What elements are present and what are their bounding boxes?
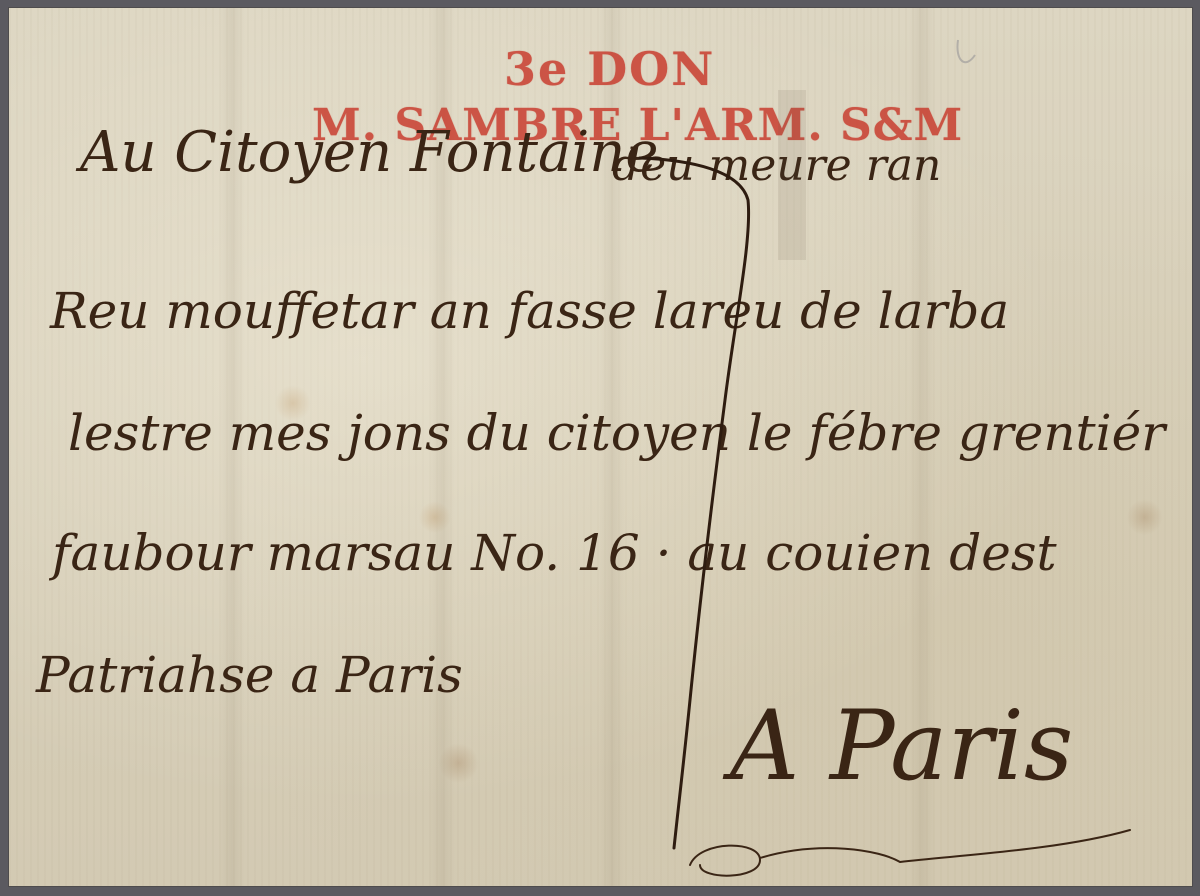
- address-line-care-of: lestre mes jons du citoyen le fébre gren…: [68, 404, 1165, 462]
- address-line-recipient: Au Citoyen Fontaine: [80, 120, 659, 185]
- address-line-faubourg: faubour marsau No. 16 · au couien dest: [52, 524, 1057, 582]
- address-line-residence: deu meure ran: [612, 140, 941, 191]
- letter-scene: 3e DON M. SAMBRE L'ARM. S&M Au Citoyen F…: [0, 0, 1200, 896]
- destination-a-paris: A Paris: [730, 690, 1073, 802]
- address-line-street: Reu mouffetar an fasse lareu de larba: [50, 282, 1009, 340]
- address-line-city: Patriahse a Paris: [36, 646, 463, 704]
- postmark-division: 3e DON: [504, 42, 715, 96]
